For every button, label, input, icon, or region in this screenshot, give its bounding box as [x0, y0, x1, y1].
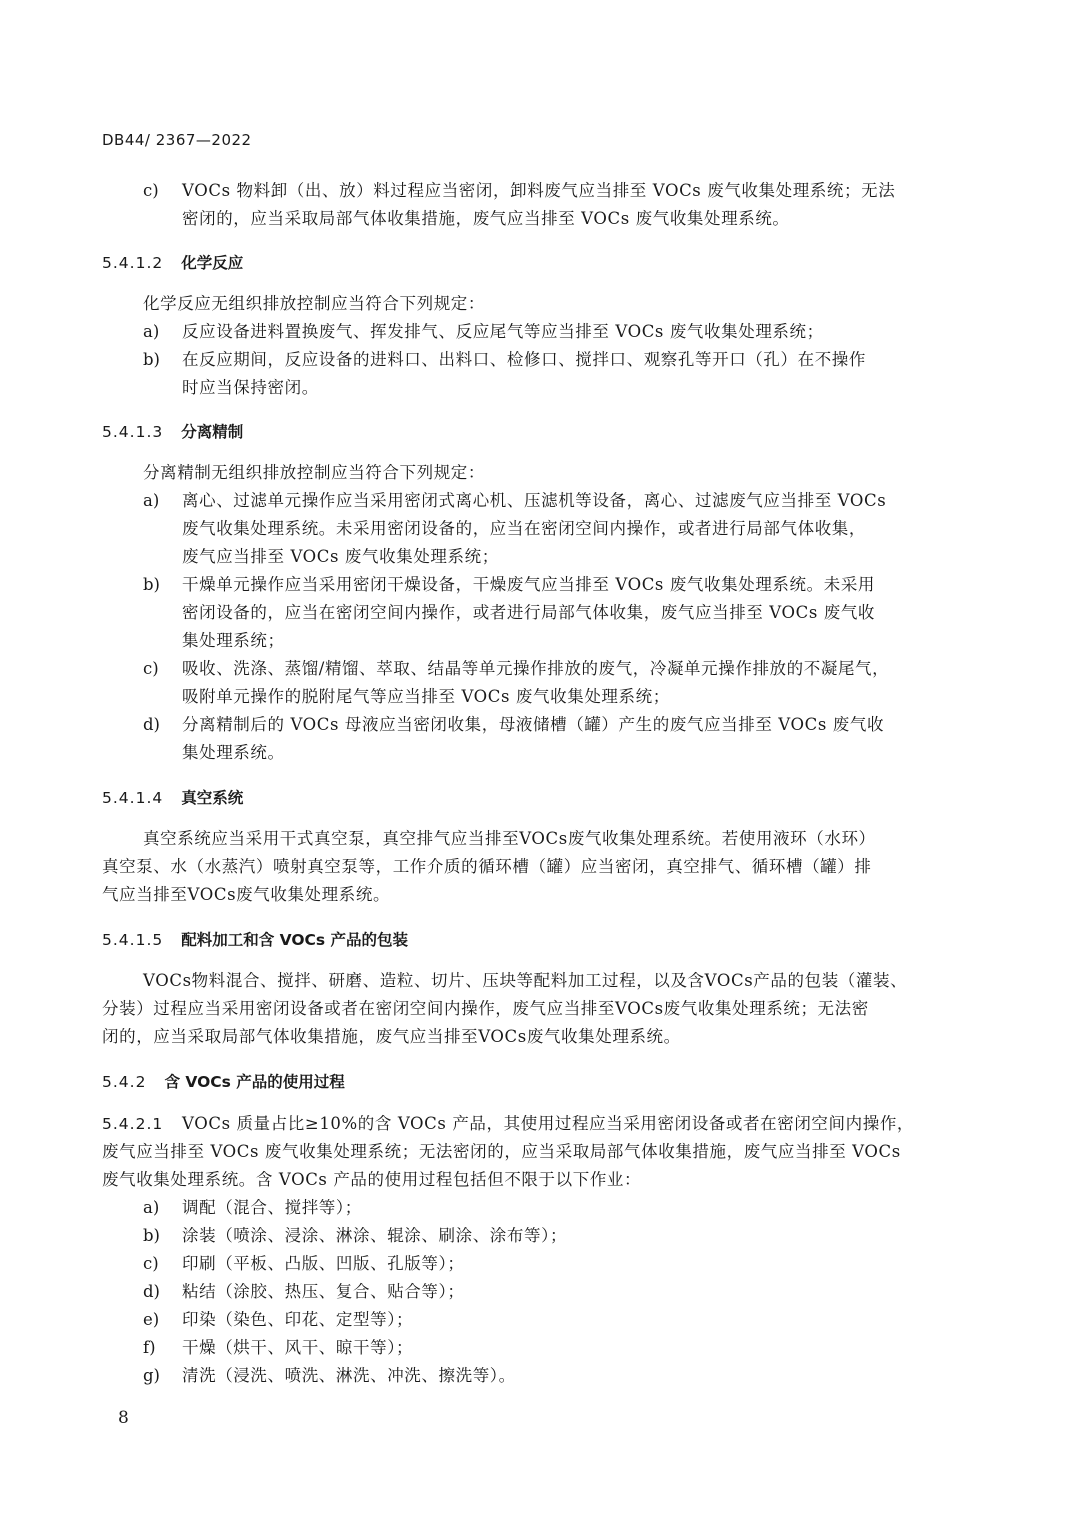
list-marker: b) — [143, 1226, 160, 1246]
list-marker: g) — [143, 1366, 160, 1386]
list-item: 印染（染色、印花、定型等）； — [182, 1310, 413, 1330]
paragraph-line: 废气收集处理系统。含 VOCs 产品的使用过程包括但不限于以下作业： — [102, 1170, 641, 1190]
list-marker: f) — [143, 1338, 156, 1358]
list-marker: d) — [143, 715, 160, 735]
section-heading-5412: 5.4.1.2化学反应 — [102, 253, 243, 273]
clause-number-5421: 5.4.2.1 — [102, 1114, 179, 1134]
list-item-line: 反应设备进料置换废气、挥发排气、反应尾气等应当排至 VOCs 废气收集处理系统； — [182, 322, 824, 342]
list-item-line: 废气应当排至 VOCs 废气收集处理系统； — [182, 547, 499, 567]
section-title: 含 VOCs 产品的使用过程 — [164, 1073, 344, 1091]
paragraph-line: 分装）过程应当采用密闭设备或者在密闭空间内操作，废气应当排至VOCs废气收集处理… — [102, 999, 869, 1019]
list-item-line: 在反应期间，反应设备的进料口、出料口、检修口、搅拌口、观察孔等开口（孔）在不操作 — [182, 350, 866, 370]
list-marker: c) — [143, 659, 159, 679]
list-item-line: 密闭设备的，应当在密闭空间内操作，或者进行局部气体收集，废气应当排至 VOCs … — [182, 603, 875, 623]
list-item-line: 废气收集处理系统。未采用密闭设备的，应当在密闭空间内操作，或者进行局部气体收集， — [182, 519, 866, 539]
section-heading-542: 5.4.2含 VOCs 产品的使用过程 — [102, 1072, 345, 1092]
list-item-line: 密闭的，应当采取局部气体收集措施，废气应当排至 VOCs 废气收集处理系统。 — [182, 209, 790, 229]
list-item-line: VOCs 物料卸（出、放）料过程应当密闭，卸料废气应当排至 VOCs 废气收集处… — [182, 181, 895, 201]
section-number: 5.4.1.3 — [102, 423, 163, 441]
list-marker: a) — [143, 1198, 159, 1218]
section-heading-5415: 5.4.1.5配料加工和含 VOCs 产品的包装 — [102, 930, 408, 950]
list-item: 粘结（涂胶、热压、复合、贴合等）； — [182, 1282, 464, 1302]
list-marker: c) — [143, 1254, 159, 1274]
list-item: 调配（混合、搅拌等）； — [182, 1198, 362, 1218]
list-marker: a) — [143, 322, 159, 342]
section-title: 真空系统 — [181, 789, 243, 807]
list-item: 干燥（烘干、风干、晾干等）； — [182, 1338, 413, 1358]
section-number: 5.4.1.4 — [102, 789, 163, 807]
paragraph-line: 废气应当排至 VOCs 废气收集处理系统；无法密闭的，应当采取局部气体收集措施，… — [102, 1142, 901, 1162]
clause-number: 5.4.2.1 — [102, 1115, 163, 1133]
paragraph-line: 闭的，应当采取局部气体收集措施，废气应当排至VOCs废气收集处理系统。 — [102, 1027, 681, 1047]
list-item: 印刷（平板、凸版、凹版、孔版等）； — [182, 1254, 464, 1274]
list-item-line: 干燥单元操作应当采用密闭干燥设备，干燥废气应当排至 VOCs 废气收集处理系统。… — [182, 575, 875, 595]
section-title: 分离精制 — [181, 423, 243, 441]
paragraph-line: 气应当排至VOCs废气收集处理系统。 — [102, 885, 390, 905]
list-marker: b) — [143, 350, 160, 370]
section-heading-5414: 5.4.1.4真空系统 — [102, 788, 243, 808]
page-number: 8 — [118, 1408, 129, 1428]
list-marker: c) — [143, 181, 159, 201]
paragraph-line: 真空系统应当采用干式真空泵，真空排气应当排至VOCs废气收集处理系统。若使用液环… — [143, 829, 876, 849]
section-number: 5.4.1.5 — [102, 931, 163, 949]
paragraph-line: 真空泵、水（水蒸汽）喷射真空泵等，工作介质的循环槽（罐）应当密闭，真空排气、循环… — [102, 857, 872, 877]
document-page: DB44/ 2367—2022 c) VOCs 物料卸（出、放）料过程应当密闭，… — [0, 0, 1080, 1527]
list-marker: d) — [143, 1282, 160, 1302]
section-intro: 化学反应无组织排放控制应当符合下列规定： — [143, 294, 485, 314]
list-item: 涂装（喷涂、浸涂、淋涂、辊涂、刷涂、涂布等）； — [182, 1226, 567, 1246]
list-item-line: 时应当保持密闭。 — [182, 378, 319, 398]
list-marker: e) — [143, 1310, 159, 1330]
section-title: 配料加工和含 VOCs 产品的包装 — [181, 931, 408, 949]
list-marker: a) — [143, 491, 159, 511]
paragraph-line: VOCs物料混合、搅拌、研磨、造粒、切片、压块等配料加工过程，以及含VOCs产品… — [143, 971, 907, 991]
list-item-line: 吸收、洗涤、蒸馏/精馏、萃取、结晶等单元操作排放的废气，冷凝单元操作排放的不凝尾… — [182, 659, 889, 679]
list-item: 清洗（浸洗、喷洗、淋洗、冲洗、擦洗等）。 — [182, 1366, 516, 1386]
list-item-line: 吸附单元操作的脱附尾气等应当排至 VOCs 废气收集处理系统； — [182, 687, 670, 707]
list-item-line: 离心、过滤单元操作应当采用密闭式离心机、压滤机等设备，离心、过滤废气应当排至 V… — [182, 491, 886, 511]
paragraph-line: VOCs 质量占比≥10%的含 VOCs 产品，其使用过程应当采用密闭设备或者在… — [182, 1114, 914, 1134]
document-standard-number: DB44/ 2367—2022 — [102, 131, 252, 149]
section-intro: 分离精制无组织排放控制应当符合下列规定： — [143, 463, 485, 483]
section-title: 化学反应 — [181, 254, 243, 272]
list-marker: b) — [143, 575, 160, 595]
list-item-line: 集处理系统； — [182, 631, 285, 651]
list-item-line: 分离精制后的 VOCs 母液应当密闭收集，母液储槽（罐）产生的废气应当排至 VO… — [182, 715, 884, 735]
list-item-line: 集处理系统。 — [182, 743, 285, 763]
section-number: 5.4.2 — [102, 1073, 146, 1091]
section-heading-5413: 5.4.1.3分离精制 — [102, 422, 243, 442]
section-number: 5.4.1.2 — [102, 254, 163, 272]
